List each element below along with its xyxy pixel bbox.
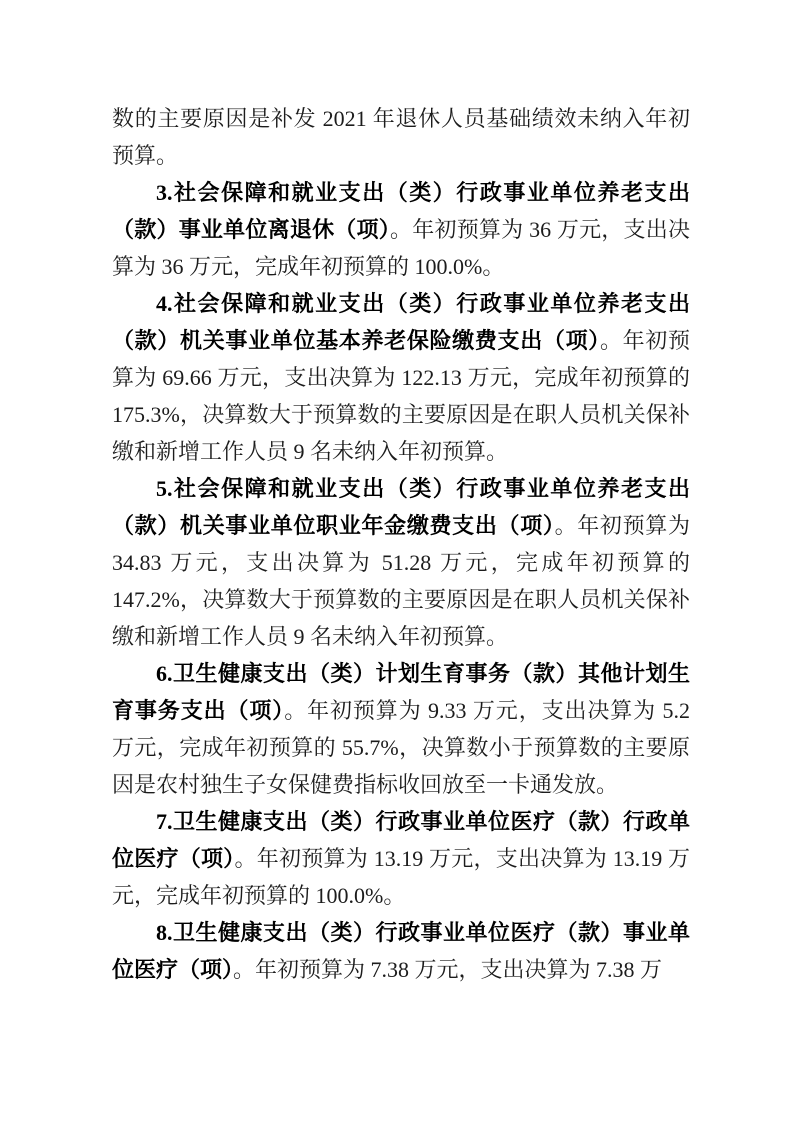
para-item-7: 7.卫生健康支出（类）行政事业单位医疗（款）行政单位医疗（项）。年初预算为 13… xyxy=(112,803,690,914)
page-canvas: 数的主要原因是补发 2021 年退休人员基础绩效未纳入年初预算。3.社会保障和就… xyxy=(0,0,793,1122)
document-body: 数的主要原因是补发 2021 年退休人员基础绩效未纳入年初预算。3.社会保障和就… xyxy=(112,100,690,988)
para-item-8: 8.卫生健康支出（类）行政事业单位医疗（款）事业单位医疗（项）。年初预算为 7.… xyxy=(112,914,690,988)
item-body-text: 。年初预算为 7.38 万元，支出决算为 7.38 万 xyxy=(233,957,662,982)
para-item-5: 5.社会保障和就业支出（类）行政事业单位养老支出（款）机关事业单位职业年金缴费支… xyxy=(112,470,690,655)
document-page: { "page": { "background_color": "#ffffff… xyxy=(0,0,793,1122)
para-item-3: 3.社会保障和就业支出（类）行政事业单位养老支出（款）事业单位离退休（项）。年初… xyxy=(112,174,690,285)
para-item-4: 4.社会保障和就业支出（类）行政事业单位养老支出（款）机关事业单位基本养老保险缴… xyxy=(112,285,690,470)
item-body-text: 数的主要原因是补发 2021 年退休人员基础绩效未纳入年初预算。 xyxy=(112,106,690,168)
para-item-6: 6.卫生健康支出（类）计划生育事务（款）其他计划生育事务支出（项）。年初预算为 … xyxy=(112,655,690,803)
para-continuation: 数的主要原因是补发 2021 年退休人员基础绩效未纳入年初预算。 xyxy=(112,100,690,174)
